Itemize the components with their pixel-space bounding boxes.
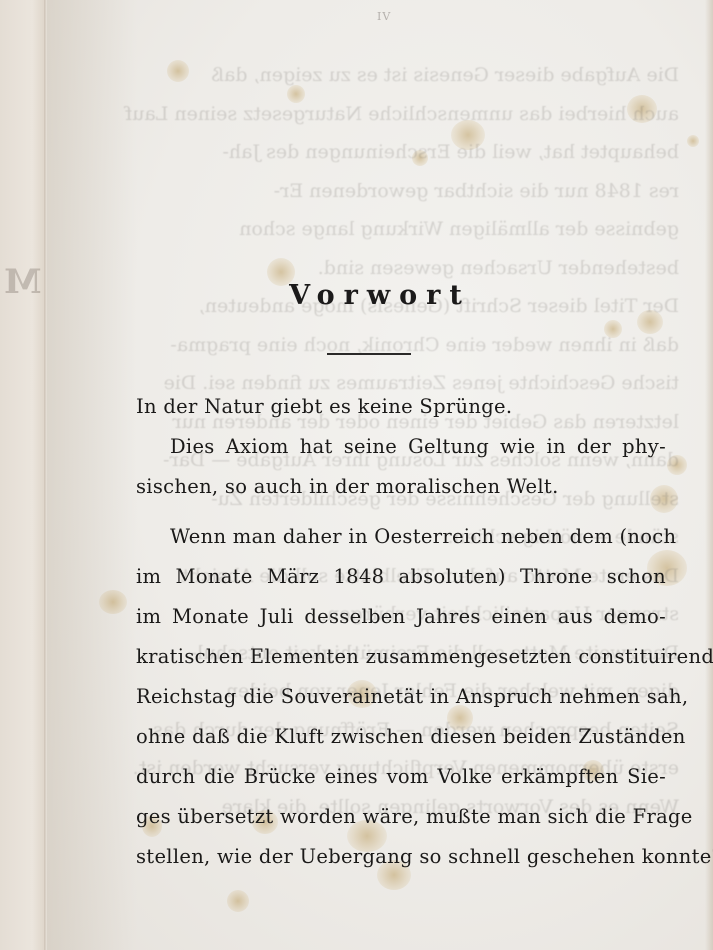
body-line: stellen, wie der Uebergang so schnell ge…: [136, 845, 666, 885]
page-number: IV: [377, 10, 391, 23]
body-line: In der Natur giebt es keine Sprünge.: [136, 395, 496, 435]
book-page: Die Aufgabe dieser Genesis ist es zu zei…: [47, 0, 713, 950]
page-edge: [705, 0, 713, 950]
adjacent-page: M: [0, 0, 46, 950]
body-line: Dies Axiom hat seine Geltung wie in der …: [170, 435, 666, 475]
body-line: Reichstag die Souverainetät in Anspruch …: [136, 685, 666, 725]
body-line: ohne daß die Kluft zwischen diesen beide…: [136, 725, 666, 765]
bleed-line: gebnisse der allmäligen Wirkung lange sc…: [119, 210, 679, 249]
body-line: sischen, so auch in der moralischen Welt…: [136, 475, 556, 515]
foxing-spot: [227, 890, 249, 912]
page-title: Vorwort: [47, 280, 713, 311]
foxing-spot: [687, 135, 699, 147]
body-line: ges übersetzt worden wäre, mußte man sic…: [136, 805, 666, 845]
bleed-line: res 1848 nur die sichtbar gewordenen Er-: [119, 172, 679, 211]
body-line: Wenn man daher in Oesterreich neben dem …: [170, 525, 666, 565]
body-line: kratischen Elementen zusammengesetzten c…: [136, 645, 666, 685]
body-line: im Monate März 1848 absoluten) Throne sc…: [136, 565, 666, 605]
adjacent-page-mark: M: [4, 262, 42, 302]
title-rule: [327, 353, 411, 355]
body-line: durch die Brücke eines vom Volke erkämpf…: [136, 765, 666, 805]
bleed-line: auch hierbei das unmenschliche Naturgese…: [119, 95, 679, 134]
body-line: im Monate Juli desselben Jahres einen au…: [136, 605, 666, 645]
bleed-line: daß in ihnen weder eine Chronik, noch ei…: [119, 326, 679, 365]
bleed-line: Die Aufgabe dieser Genesis ist es zu zei…: [119, 56, 679, 95]
bleed-line: behauptet hat, weil die Erscheinungen de…: [119, 133, 679, 172]
